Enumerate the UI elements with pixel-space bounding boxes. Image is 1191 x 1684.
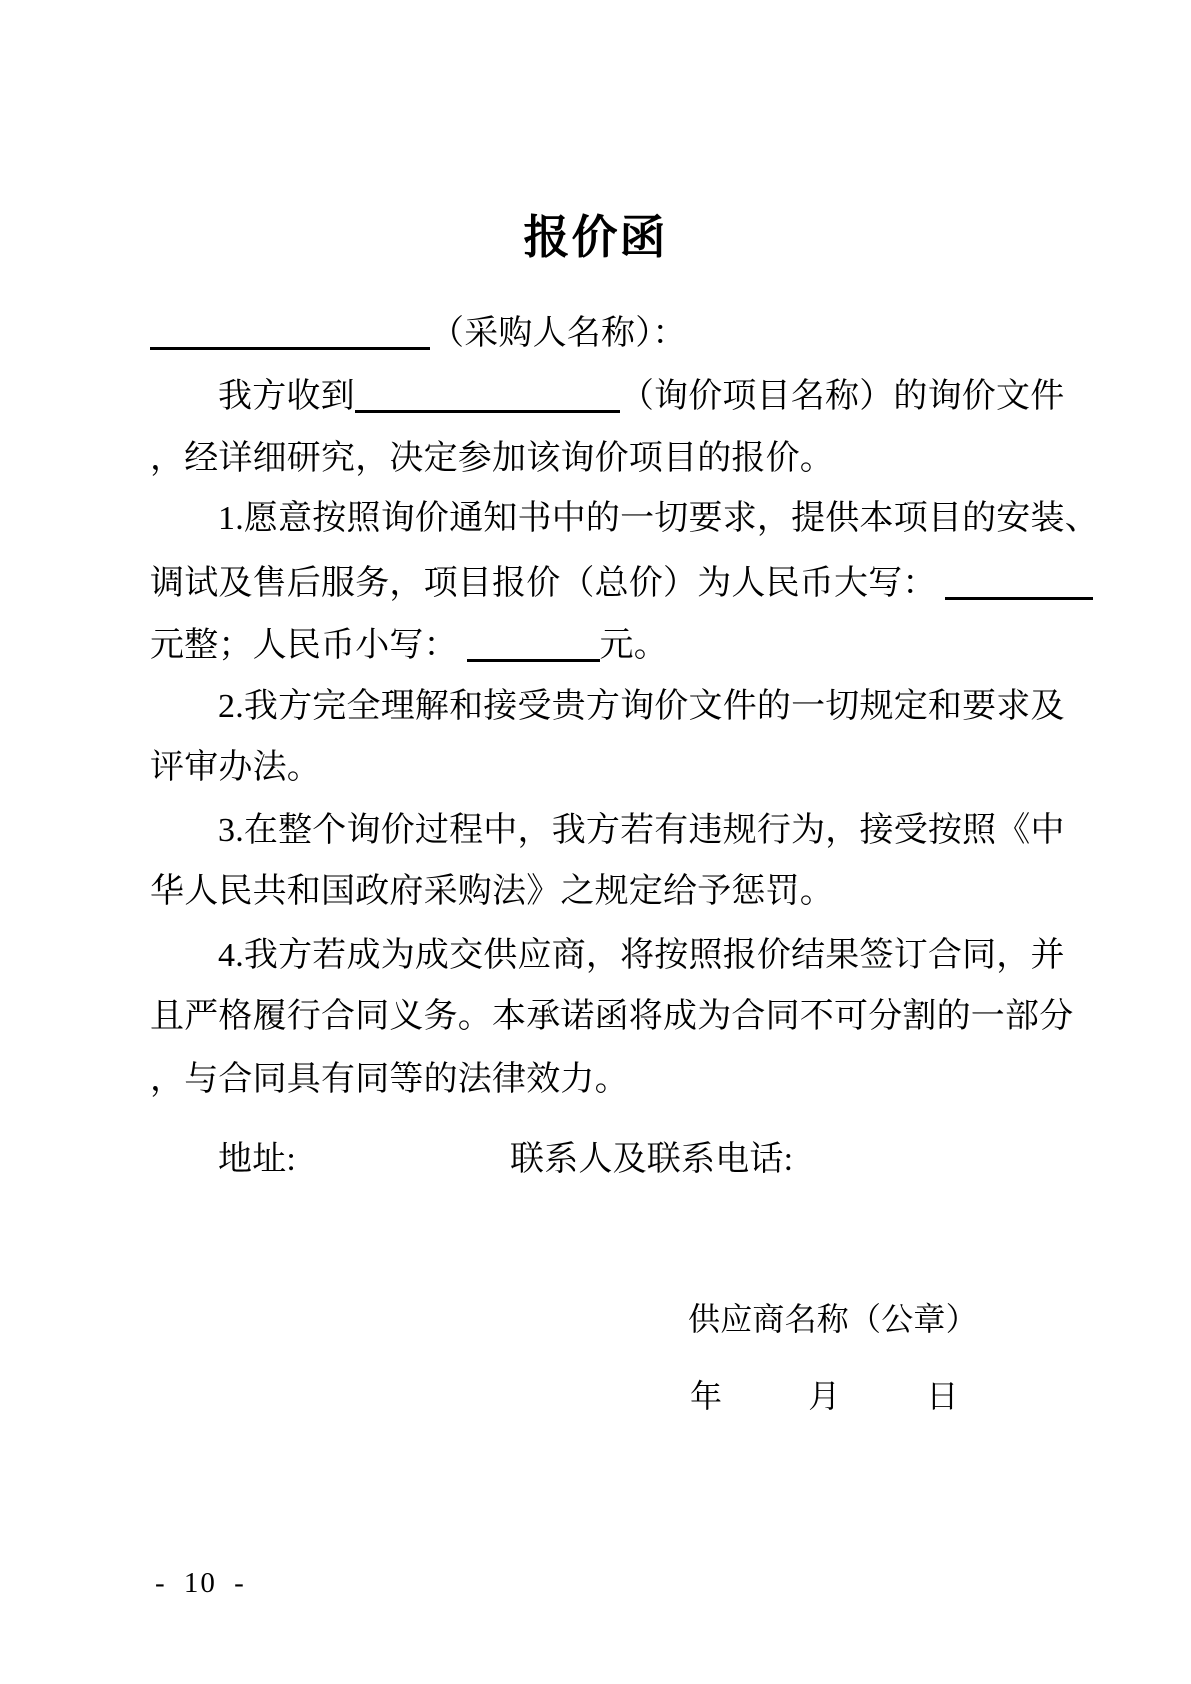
item1-line-3: 元整；人民币小写： 元。 — [150, 625, 1050, 666]
item1-line-3-pre: 元整；人民币小写： — [150, 627, 458, 664]
purchaser-name-blank — [150, 313, 430, 350]
year-label: 年 — [690, 1376, 722, 1416]
item4-line-1: 4.我方若成为成交供应商，将按照报价结果签订合同，并 — [150, 936, 1050, 976]
amount-digit-blank — [467, 625, 600, 662]
date-line: 年月日 — [690, 1376, 1191, 1416]
month-label: 月 — [808, 1376, 840, 1416]
item3-line-1: 3.在整个询价过程中，我方若有违规行为，接受按照《中 — [150, 811, 1050, 851]
item1-line-3-post: 元。 — [600, 627, 668, 664]
item1-line-2-pre: 调试及售后服务，项目报价（总价）为人民币大写： — [150, 565, 937, 602]
item1-line-1: 1.愿意按照询价通知书中的一切要求，提供本项目的安装、 — [150, 499, 1050, 539]
item3-line-2: 华人民共和国政府采购法》之规定给予惩罚。 — [150, 872, 1050, 912]
intro-line-2: ，经详细研究，决定参加该询价项目的报价。 — [150, 439, 1050, 479]
amount-capital-blank — [945, 563, 1093, 600]
item4-line-2: 且严格履行合同义务。本承诺函将成为合同不可分割的一部分 — [150, 997, 1050, 1037]
item2-line-1: 2.我方完全理解和接受贵方询价文件的一切规定和要求及 — [150, 687, 1050, 727]
intro-line-1-post: （询价项目名称）的询价文件 — [620, 378, 1065, 415]
intro-line-1: 我方收到（询价项目名称）的询价文件 — [150, 376, 1050, 417]
address-label: 地址: — [218, 1140, 296, 1180]
supplier-signature-label: 供应商名称（公章） — [688, 1299, 1191, 1339]
page-number: - 10 - — [155, 1566, 246, 1600]
document-page: 报价函 （采购人名称）： 我方收到（询价项目名称）的询价文件 ，经详细研究，决定… — [0, 0, 1191, 1684]
item2-line-2: 评审办法。 — [150, 748, 1050, 788]
item1-line-2: 调试及售后服务，项目报价（总价）为人民币大写： — [150, 563, 1050, 604]
salutation-suffix: （采购人名称）： — [430, 315, 687, 352]
page-title: 报价函 — [0, 212, 1191, 264]
item4-line-3: ，与合同具有同等的法律效力。 — [150, 1060, 1050, 1100]
day-label: 日 — [926, 1378, 958, 1414]
contact-person-label: 联系人及联系电话: — [510, 1140, 793, 1180]
intro-line-1-pre: 我方收到 — [218, 378, 355, 415]
salutation-line: （采购人名称）： — [150, 313, 1050, 354]
project-name-blank — [355, 376, 620, 413]
